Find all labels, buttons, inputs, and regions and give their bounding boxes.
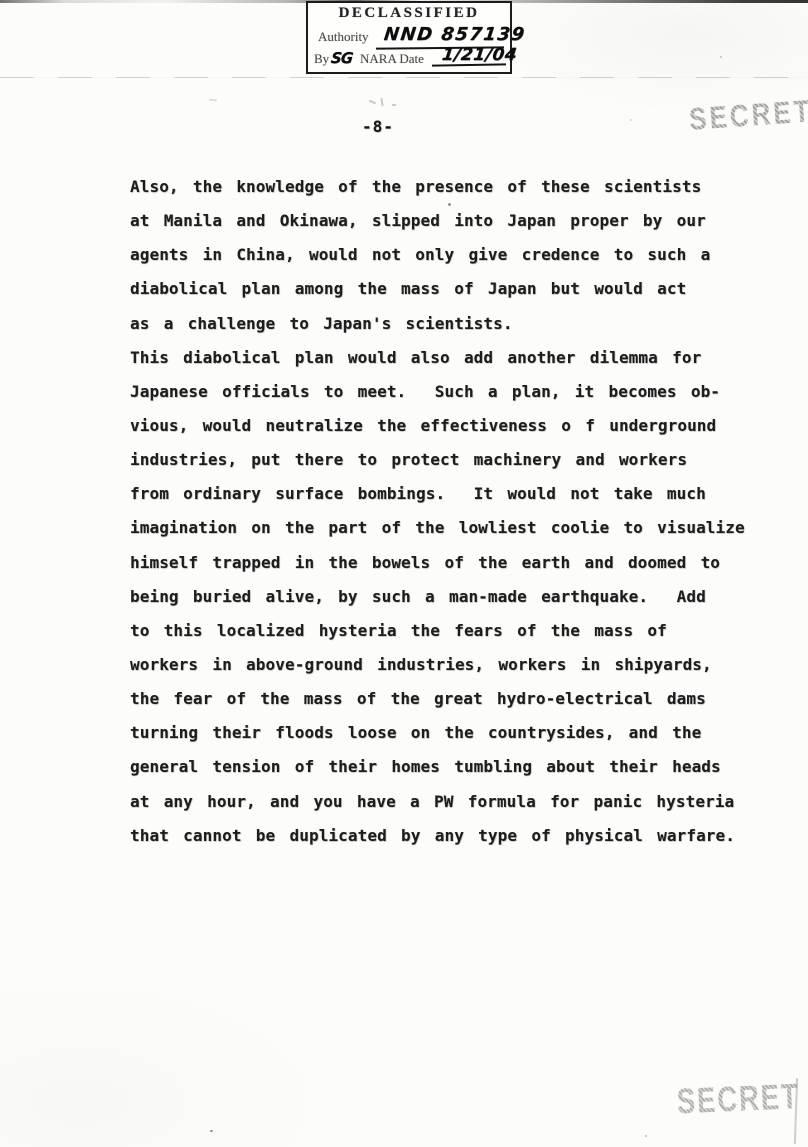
typed-line: to this localized hysteria the fears of … [130, 614, 770, 648]
typed-line: general tension of their homes tumbling … [130, 750, 770, 784]
nara-date-label: NARA Date [360, 51, 424, 67]
typed-line: This diabolical plan would also add anot… [130, 341, 770, 375]
declassified-stamp-box: DECLASSIFIED Authority NND 857139 By SG … [306, 1, 512, 74]
typed-line: turning their floods loose on the countr… [130, 716, 770, 750]
paper-speck [720, 56, 722, 58]
typed-line: at Manila and Okinawa, slipped into Japa… [130, 204, 770, 238]
by-label: By [314, 51, 329, 67]
authority-label: Authority [318, 29, 369, 45]
pencil-mark [209, 98, 217, 101]
typed-line: agents in China, would not only give cre… [130, 238, 770, 272]
paper-crease-line [0, 77, 808, 78]
typed-line: Also, the knowledge of the presence of t… [130, 170, 770, 204]
pencil-mark [369, 100, 376, 105]
pencil-mark [380, 98, 383, 106]
typed-line: that cannot be duplicated by any type of… [130, 819, 770, 853]
paper-speck [645, 1135, 647, 1137]
paper-speck [210, 1130, 213, 1132]
secret-stamp-bottom: SECRET [676, 1078, 801, 1123]
pencil-mark [392, 104, 396, 106]
typed-line: as a challenge to Japan's scientists. [130, 307, 770, 341]
typed-line: diabolical plan among the mass of Japan … [130, 272, 770, 306]
declassified-stamp-title: DECLASSIFIED [308, 5, 510, 22]
typed-line: industries, put there to protect machine… [130, 443, 770, 477]
page-number: -8- [362, 117, 394, 136]
typed-line: imagination on the part of the lowliest … [130, 511, 770, 545]
paper-speck [448, 203, 451, 206]
typed-line: being buried alive, by such a man-made e… [130, 580, 770, 614]
document-page: DECLASSIFIED Authority NND 857139 By SG … [0, 0, 808, 1147]
authority-number-handwritten: NND 857139 [383, 24, 527, 45]
typed-line: workers in above-ground industries, work… [130, 648, 770, 682]
secret-stamp-top: SECRET [688, 92, 808, 138]
typed-line: Japanese officials to meet. Such a plan,… [130, 375, 770, 409]
typed-line: from ordinary surface bombings. It would… [130, 477, 770, 511]
nara-date-handwritten: 1/21/04 [441, 45, 519, 65]
typed-line: himself trapped in the bowels of the ear… [130, 546, 770, 580]
typed-line: the fear of the mass of the great hydro-… [130, 682, 770, 716]
by-initials-handwritten: SG [330, 49, 353, 67]
typed-line: vious, would neutralize the effectivenes… [130, 409, 770, 443]
typed-body-text: Also, the knowledge of the presence of t… [130, 170, 770, 853]
date-underline [432, 63, 506, 66]
paper-speck [630, 119, 632, 121]
typed-line: at any hour, and you have a PW formula f… [130, 785, 770, 819]
